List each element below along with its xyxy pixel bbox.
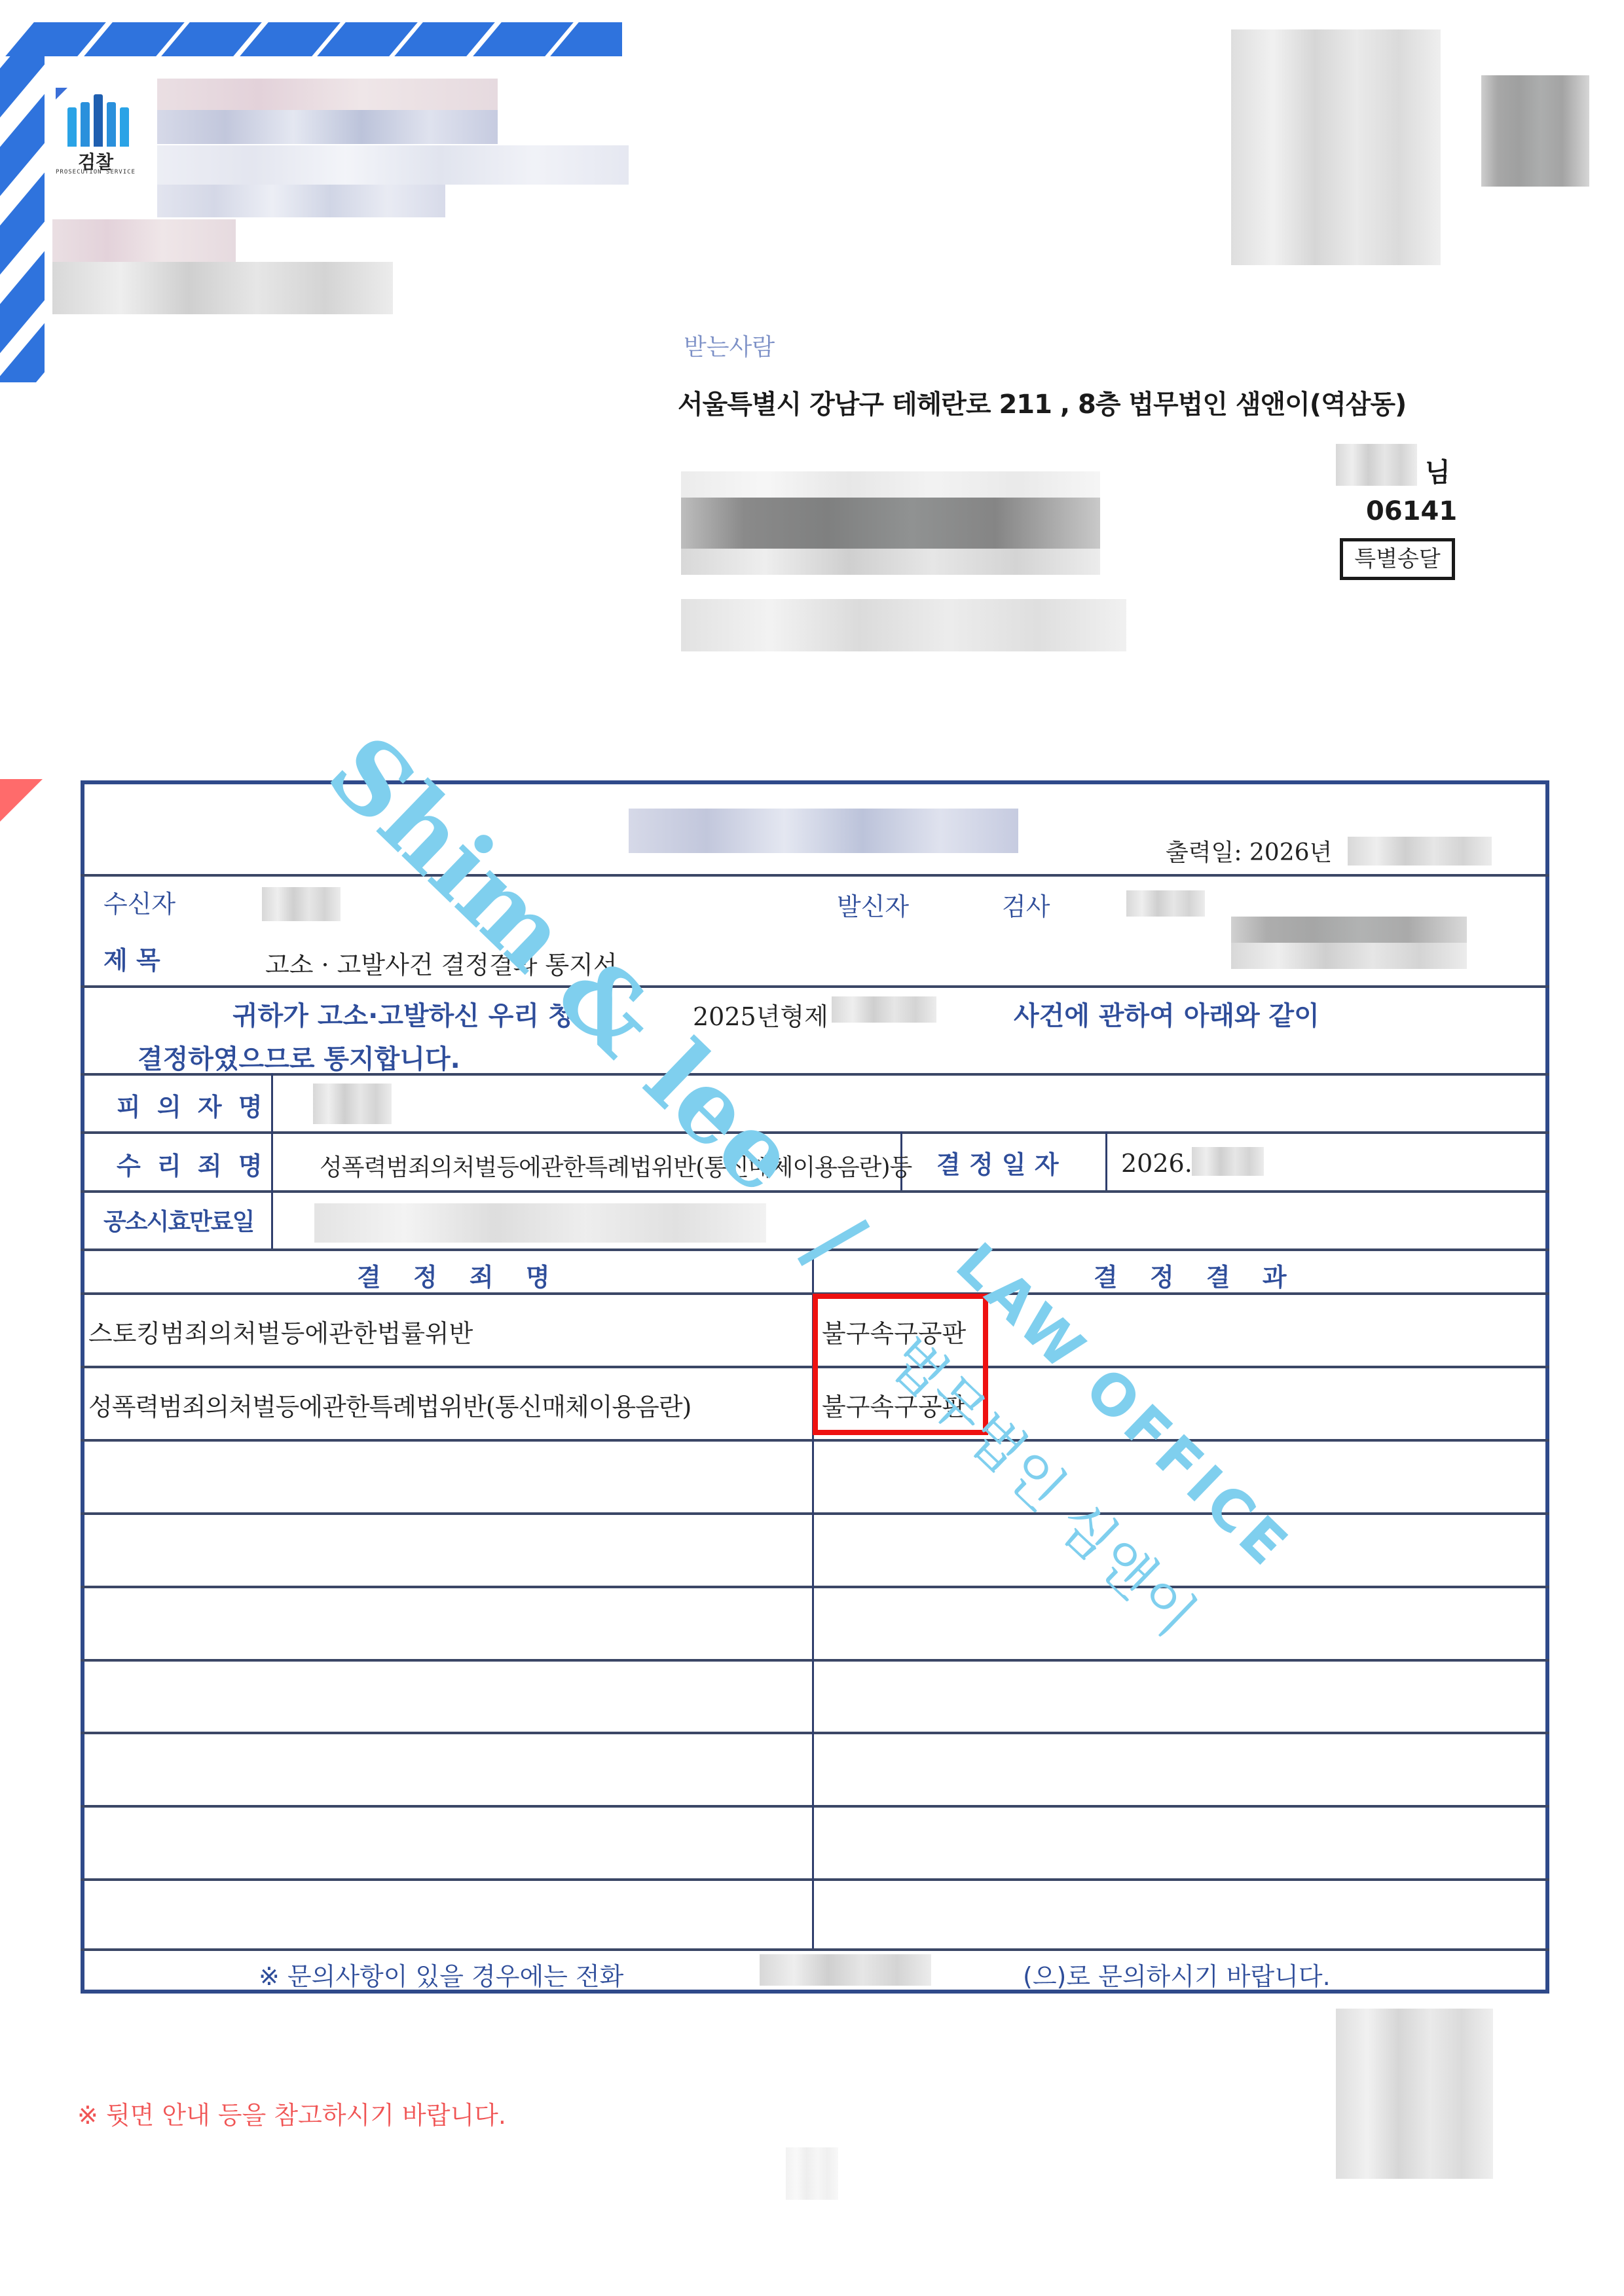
inquiry-prefix: ※ 문의사항이 있을 경우에는 전화 [259,1956,623,1992]
redacted-sender-org [157,110,498,144]
decision-date-label: 결 정 일 자 [936,1144,1059,1180]
recipient-label: 받는사람 [684,329,775,362]
redacted-office-title [629,809,1018,853]
suspect-label: 피 의 자 명 [117,1087,267,1123]
recipient-honorific: 님 [1425,452,1450,489]
recipient-field-label: 수신자 [103,884,175,920]
charge-label: 수 리 죄 명 [117,1146,267,1182]
table-row-1-charge: 스토킹범죄의처벌등에관한법률위반 [88,1313,473,1349]
envelope-stripe-top [0,22,622,56]
redacted-statute-date [314,1203,766,1243]
table-header-charge: 결 정 죄 명 [357,1257,562,1293]
redacted-sender-address-2 [157,185,445,217]
redacted-postage-mark [1231,29,1441,265]
redacted-recipient-line3 [681,599,1126,651]
redacted-print-date [1348,837,1492,866]
redacted-recipient-field [262,887,341,921]
sender-field-label: 발신자 [837,886,909,922]
redacted-phone-number [760,1954,931,1986]
redacted-sender-address [157,145,629,185]
redacted-suspect-name [313,1084,392,1124]
redacted-case-number [832,996,936,1023]
recipient-address: 서울특별시 강남구 테헤란로 211 , 8층 법무법인 샘앤이(역삼동) [678,384,1406,421]
intro-line2: 결정하였으므로 통지합니다. [138,1038,460,1076]
decision-date-value: 2026. [1121,1149,1192,1178]
redacted-official-seal [1336,2009,1493,2179]
redacted-decision-date [1192,1147,1264,1176]
intro-line1-b: 사건에 관하여 아래와 같이 [1014,995,1319,1032]
inquiry-suffix: (으)로 문의하시기 바랍니다. [1023,1956,1331,1992]
logo-subtitle: PROSECUTION SERVICE [56,169,136,175]
special-delivery-badge: 특별송달 [1340,538,1455,580]
redacted-sender-name [157,79,498,110]
redacted-recipient-line1 [681,498,1100,549]
print-date-label: 출력일: 2026년 [1166,834,1332,867]
statute-label: 공소시효만료일 [103,1203,253,1237]
charge-value: 성폭력범죄의처벌등에관한특례법위반(통신매체이용음란)등 [320,1149,1001,1182]
prosecution-service-logo-icon: 검찰 PROSECUTION SERVICE [56,88,151,179]
redacted-prosecutor-contact [1231,917,1467,943]
redacted-postage-code [1481,75,1589,187]
case-number-prefix: 2025년형제 [693,996,828,1032]
table-header-result: 결 정 결 과 [1094,1257,1299,1293]
envelope-stripe-left [0,22,45,382]
redacted-recipient-name [1336,444,1417,486]
redacted-recipient-line2 [681,549,1100,575]
redacted-recipient-line1-top [681,471,1100,498]
sender-title: 검사 [1002,886,1050,922]
redacted-prosecutor-name [1126,890,1205,917]
red-corner-mark [0,779,43,822]
recipient-zipcode: 06141 [1366,496,1457,526]
redacted-prosecutor-contact-2 [1231,943,1467,969]
back-page-note: ※ 뒷면 안내 등을 참고하시기 바랍니다. [77,2095,506,2131]
redacted-sender-contact [52,262,393,314]
table-row-2-charge: 성폭력범죄의처벌등에관한특례법위반(통신매체이용음란) [88,1387,691,1423]
subject-label: 제 목 [103,940,160,976]
redacted-page-mark [786,2147,838,2200]
